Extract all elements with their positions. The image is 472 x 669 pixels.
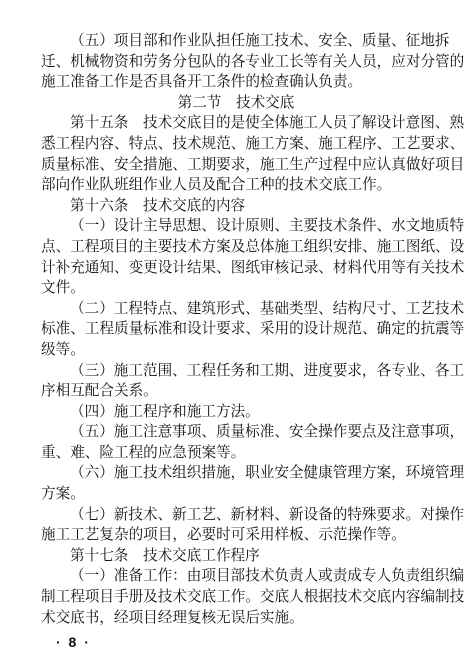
article-17-heading: 第十七条 技术交底工作程序 — [41, 546, 431, 567]
text-line: 术交底书，经项目经理复核无误后实施。 — [41, 608, 431, 629]
text-line: 序相互配合关系。 — [41, 381, 431, 402]
article-16-item-1: （一）设计主导思想、设计原则、主要技术条件、水文地质特 点、工程项目的主要技术方… — [41, 216, 431, 298]
section-heading: 第二节 技术交底 — [41, 93, 431, 114]
text-line: 施工工艺复杂的项目，必要时可采用样板、示范操作等。 — [41, 525, 431, 546]
text-line: （七）新技术、新工艺、新材料、新设备的特殊要求。对操作 — [41, 505, 431, 526]
text-line: 文件。 — [41, 278, 431, 299]
article-16-item-3: （三）施工范围、工程任务和工期、进度要求，各专业、各工 序相互配合关系。 — [41, 361, 431, 402]
text-line: （五）施工注意事项、质量标准、安全操作要点及注意事项， — [41, 422, 431, 443]
article-17-item-1: （一）准备工作：由项目部技术负责人或责成专人负责组织编 制工程项目手册及技术交底… — [41, 566, 431, 628]
text-line: 迁、机械物资和劳务分包队的各专业工长等有关人员，应对分管的 — [41, 52, 431, 73]
text-line: （三）施工范围、工程任务和工期、进度要求，各专业、各工 — [41, 361, 431, 382]
text-line: 制工程项目手册及技术交底工作。交底人根据技术交底内容编制技 — [41, 587, 431, 608]
article-16-item-5: （五）施工注意事项、质量标准、安全操作要点及注意事项， 重、难、险工程的应急预案… — [41, 422, 431, 463]
text-line: （六）施工技术组织措施，职业安全健康管理方案，环境管理 — [41, 463, 431, 484]
text-line: （五）项目部和作业队担任施工技术、安全、质量、征地拆 — [41, 31, 431, 52]
text-line: （一）准备工作：由项目部技术负责人或责成专人负责组织编 — [41, 566, 431, 587]
text-line: 质量标准、安全措施、工期要求，施工生产过程中应认真做好项目 — [41, 155, 431, 176]
article-16-item-2: （二）工程特点、建筑形式、基础类型、结构尺寸、工艺技术 标准、工程质量标准和设计… — [41, 299, 431, 361]
text-line: 悉工程内容、特点、技术规范、施工方案、施工程序、工艺要求、 — [41, 134, 431, 155]
article-15: 第十五条 技术交底目的是使全体施工人员了解设计意图、熟 悉工程内容、特点、技术规… — [41, 113, 431, 195]
text-line: 第十五条 技术交底目的是使全体施工人员了解设计意图、熟 — [41, 113, 431, 134]
page-number: · 8 · — [56, 634, 91, 650]
document-body: （五）项目部和作业队担任施工技术、安全、质量、征地拆 迁、机械物资和劳务分包队的… — [41, 31, 431, 628]
text-line: 级等。 — [41, 340, 431, 361]
text-line: 标准、工程质量标准和设计要求、采用的设计规范、确定的抗震等 — [41, 319, 431, 340]
text-line: 部向作业队班组作业人员及配合工种的技术交底工作。 — [41, 175, 431, 196]
paragraph-item-5-responsibility: （五）项目部和作业队担任施工技术、安全、质量、征地拆 迁、机械物资和劳务分包队的… — [41, 31, 431, 93]
text-line: 方案。 — [41, 484, 431, 505]
text-line: 点、工程项目的主要技术方案及总体施工组织安排、施工图纸、设 — [41, 237, 431, 258]
article-16-item-7: （七）新技术、新工艺、新材料、新设备的特殊要求。对操作 施工工艺复杂的项目，必要… — [41, 505, 431, 546]
article-16-heading: 第十六条 技术交底的内容 — [41, 196, 431, 217]
article-16-item-6: （六）施工技术组织措施，职业安全健康管理方案，环境管理 方案。 — [41, 463, 431, 504]
text-line: 施工准备工作是否具备开工条件的检查确认负责。 — [41, 72, 431, 93]
text-line: （一）设计主导思想、设计原则、主要技术条件、水文地质特 — [41, 216, 431, 237]
text-line: 计补充通知、变更设计结果、图纸审核记录、材料代用等有关技术 — [41, 258, 431, 279]
text-line: （二）工程特点、建筑形式、基础类型、结构尺寸、工艺技术 — [41, 299, 431, 320]
article-16-item-4: （四）施工程序和施工方法。 — [41, 402, 431, 423]
text-line: 重、难、险工程的应急预案等。 — [41, 443, 431, 464]
